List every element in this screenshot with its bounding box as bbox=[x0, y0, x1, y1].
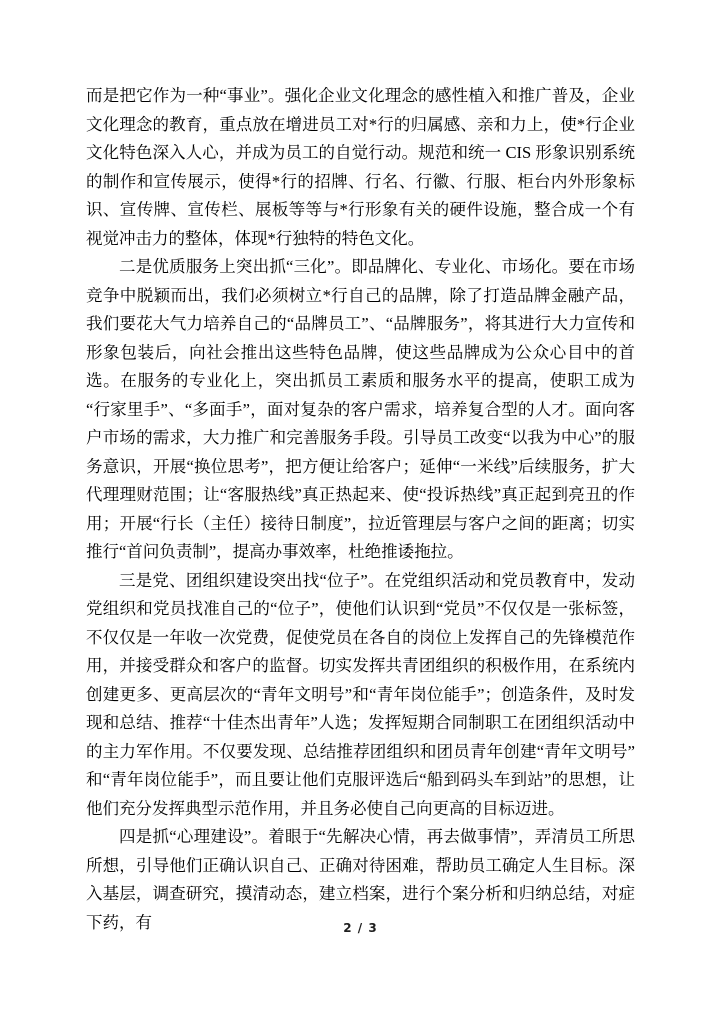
paragraph-continuation: 而是把它作为一种“事业”。强化企业文化理念的感性植入和推广普及，企业文化理念的教… bbox=[86, 82, 635, 253]
page-number: 2 / 3 bbox=[0, 921, 721, 935]
document-text-block: 而是把它作为一种“事业”。强化企业文化理念的感性植入和推广普及，企业文化理念的教… bbox=[86, 82, 635, 937]
document-page: 而是把它作为一种“事业”。强化企业文化理念的感性植入和推广普及，企业文化理念的教… bbox=[0, 0, 721, 1020]
paragraph-point-four: 四是抓“心理建设”。着眼于“先解决心情，再去做事情”，弄清员工所思所想，引导他们… bbox=[86, 823, 635, 937]
paragraph-point-three: 三是党、团组织建设突出找“位子”。在党组织活动和党员教育中，发动党组织和党员找准… bbox=[86, 567, 635, 824]
paragraph-point-two: 二是优质服务上突出抓“三化”。即品牌化、专业化、市场化。要在市场竞争中脱颖而出，… bbox=[86, 253, 635, 567]
